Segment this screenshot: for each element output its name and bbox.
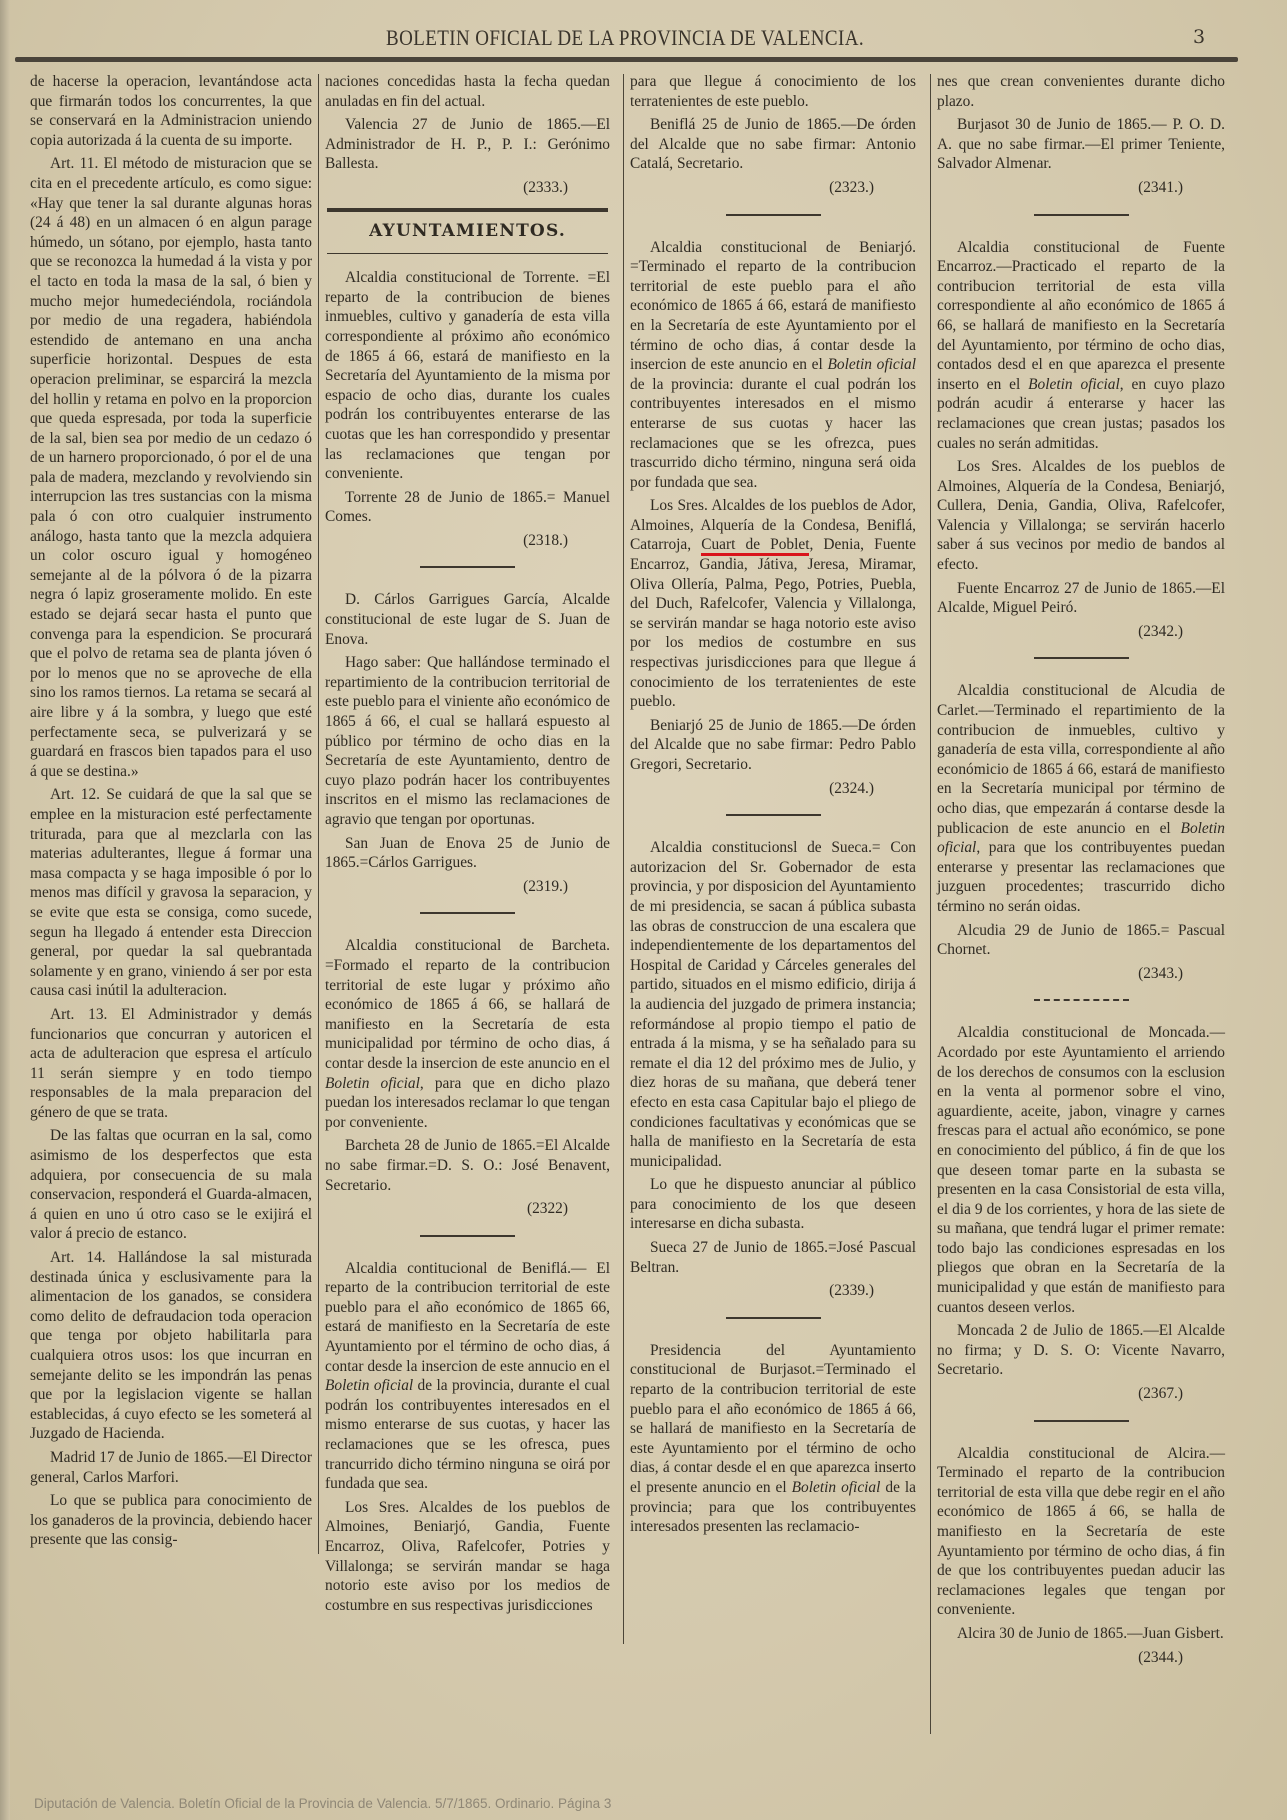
article-paragraph: Barcheta 28 de Junio de 1865.=El Alcalde…: [325, 1136, 610, 1195]
article-paragraph: Alcaldia constitucional de Fuente Encarr…: [937, 238, 1225, 454]
notice-separator: [726, 214, 821, 216]
article-paragraph: Alcaldia constitucional de Alcira.— Term…: [937, 1444, 1225, 1620]
article-paragraph: Burjasot 30 de Junio de 1865.— P. O. D. …: [937, 115, 1225, 174]
notice-separator: [726, 1317, 821, 1319]
article-paragraph: Alcaldia constitucional de Barcheta. =Fo…: [325, 936, 610, 1132]
page-number: 3: [1193, 26, 1205, 48]
publication-title: BOLETIN OFICIAL DE LA PROVINCIA DE VALEN…: [345, 26, 905, 51]
article-paragraph: Alcaldia constitucional de Torrente. =El…: [325, 268, 610, 484]
article-paragraph: de hacerse la operacion, levantándose ac…: [30, 72, 312, 150]
column-divider: [318, 74, 319, 1554]
article-paragraph: naciones concedidas hasta la fecha queda…: [325, 72, 610, 111]
article-paragraph: Alcaldia contitucional de Beniflá.— El r…: [325, 1259, 610, 1494]
archive-footer: Diputación de Valencia. Boletín Oficial …: [34, 1796, 611, 1811]
article-paragraph: Alcaldia constitucionsl de Sueca.= Con a…: [630, 838, 916, 1171]
article-paragraph: Valencia 27 de Junio de 1865.—El Adminis…: [325, 115, 610, 174]
article-paragraph: Alcudia 29 de Junio de 1865.= Pascual Ch…: [937, 921, 1225, 960]
article-paragraph: Lo que se publica para conocimiento de l…: [30, 1491, 312, 1550]
header-rule: [15, 57, 1238, 62]
column-1: de hacerse la operacion, levantándose ac…: [30, 72, 312, 1772]
notice-reference-number: (2339.): [630, 1281, 916, 1301]
notice-reference-number: (2324.): [630, 779, 916, 799]
column-3: para que llegue á conocimiento de los te…: [630, 72, 916, 1772]
article-paragraph: Alcaldia constitucional de Beniarjó. =Te…: [630, 238, 916, 493]
notice-reference-number: (2318.): [325, 531, 610, 551]
article-paragraph: Beniarjó 25 de Junio de 1865.—De órden d…: [630, 716, 916, 775]
article-paragraph: Beniflá 25 de Junio de 1865.—De órden de…: [630, 115, 916, 174]
notice-reference-number: (2322): [325, 1199, 610, 1219]
article-paragraph: De las faltas que ocurran en la sal, com…: [30, 1126, 312, 1244]
article-paragraph: Torrente 28 de Junio de 1865.= Manuel Co…: [325, 488, 610, 527]
notice-separator: [1034, 657, 1129, 659]
notice-reference-number: (2343.): [937, 964, 1225, 984]
page-binding-edge: [0, 0, 10, 1820]
newspaper-page: BOLETIN OFICIAL DE LA PROVINCIA DE VALEN…: [0, 0, 1287, 1820]
article-paragraph: Fuente Encarroz 27 de Junio de 1865.—El …: [937, 579, 1225, 618]
notice-reference-number: (2341.): [937, 178, 1225, 198]
article-paragraph: Art. 13. El Administrador y demás funcio…: [30, 1005, 312, 1123]
notice-separator: [1034, 1420, 1129, 1422]
notice-separator: [420, 1235, 515, 1237]
article-paragraph: Art. 14. Hallándose la sal misturada des…: [30, 1248, 312, 1444]
notice-reference-number: (2333.): [325, 178, 610, 198]
article-paragraph: Presidencia del Ayuntamiento constitucio…: [630, 1341, 916, 1537]
notice-separator: [1034, 214, 1129, 216]
article-paragraph: Los Sres. Alcaldes de los pueblos de Ado…: [630, 496, 916, 712]
column-2: naciones concedidas hasta la fecha queda…: [325, 72, 610, 1772]
column-divider: [623, 74, 624, 1644]
article-paragraph: Alcaldia constitucional de Alcudia de Ca…: [937, 681, 1225, 916]
page-header: BOLETIN OFICIAL DE LA PROVINCIA DE VALEN…: [0, 26, 1287, 50]
article-paragraph: Moncada 2 de Julio de 1865.—El Alcalde n…: [937, 1321, 1225, 1380]
article-paragraph: D. Cárlos Garrigues García, Alcalde cons…: [325, 590, 610, 649]
notice-reference-number: (2344.): [937, 1648, 1225, 1668]
article-paragraph: Sueca 27 de Junio de 1865.=José Pascual …: [630, 1238, 916, 1277]
article-paragraph: Alcira 30 de Junio de 1865.—Juan Gisbert…: [937, 1624, 1225, 1644]
article-paragraph: Art. 12. Se cuidará de que la sal que se…: [30, 785, 312, 1001]
red-underline-annotation: Cuart de Poblet: [701, 536, 809, 556]
column-divider: [930, 74, 931, 1734]
notice-reference-number: (2367.): [937, 1384, 1225, 1404]
article-paragraph: nes que crean convenientes durante dicho…: [937, 72, 1225, 111]
notice-separator: [726, 814, 821, 816]
section-rule: [327, 208, 608, 212]
notice-reference-number: (2342.): [937, 622, 1225, 642]
column-4: nes que crean convenientes durante dicho…: [937, 72, 1225, 1772]
notice-separator: [1034, 999, 1129, 1001]
section-heading: AYUNTAMIENTOS.: [325, 222, 610, 242]
article-paragraph: Madrid 17 de Junio de 1865.—El Director …: [30, 1448, 312, 1487]
article-paragraph: Los Sres. Alcaldes de los pueblos de Alm…: [937, 457, 1225, 575]
notice-reference-number: (2319.): [325, 877, 610, 897]
article-paragraph: Los Sres. Alcaldes de los pueblos de Alm…: [325, 1498, 610, 1616]
article-paragraph: San Juan de Enova 25 de Junio de 1865.=C…: [325, 834, 610, 873]
article-paragraph: para que llegue á conocimiento de los te…: [630, 72, 916, 111]
notice-separator: [420, 912, 515, 914]
notice-separator: [420, 566, 515, 568]
article-paragraph: Alcaldia constitucional de Moncada.—Acor…: [937, 1023, 1225, 1317]
article-paragraph: Hago saber: Que hallándose terminado el …: [325, 653, 610, 829]
notice-reference-number: (2323.): [630, 178, 916, 198]
article-paragraph: Lo que he dispuesto anunciar al público …: [630, 1175, 916, 1234]
section-rule: [327, 253, 608, 254]
article-paragraph: Art. 11. El método de misturacion que se…: [30, 154, 312, 781]
